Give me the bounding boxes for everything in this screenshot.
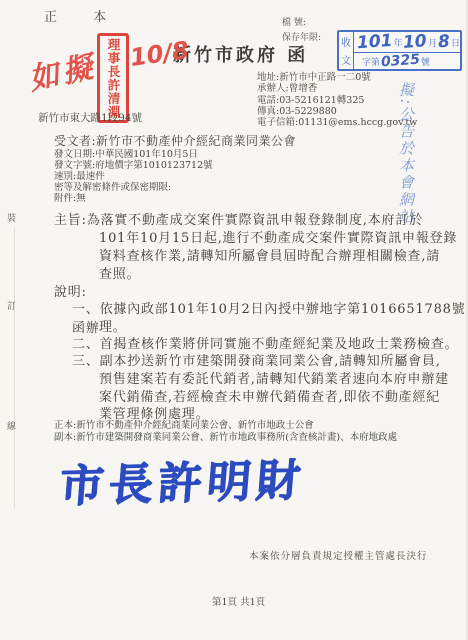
chairman-seal-text: 理事長許清淵 — [104, 38, 122, 119]
received-stamp-left-column: 收 文 — [339, 32, 354, 69]
received-month-handwritten: 10 — [403, 31, 428, 53]
received-date-row: 101 年 10 月 8 日 — [354, 32, 460, 53]
document-char: 文 — [339, 51, 353, 70]
recipient-line: 受文者:新竹市不動產仲介經紀商業同業公會 — [54, 132, 296, 149]
page-number: 第1頁 共1頁 — [212, 594, 265, 608]
contact-phone: 電話:03-5216121轉325 — [257, 95, 417, 106]
binding-mark: 裝 — [7, 211, 16, 224]
contact-email: 電子信箱:01131@ems.hccg.gov.tw — [257, 117, 417, 128]
sender-address: 新竹市東大路1段94號 — [38, 110, 142, 125]
explanation-item-3: 預售建案若有委託代銷者,請轉知代銷業者速向本府申辦建 — [99, 368, 449, 387]
contact-block: 地址:新竹市中正路一二0號 承辦人:曾增香 電話:03-5216121轉325 … — [257, 72, 417, 128]
subject-line: 101年10月15日起,進行不動產成交案件實際資訊申報登錄 — [99, 227, 457, 246]
month-label: 月 — [428, 36, 437, 49]
received-stamp-right-column: 101 年 10 月 8 日 字第 0325 號 — [354, 32, 460, 69]
received-number-row: 字第 0325 號 — [354, 53, 460, 69]
received-year-handwritten: 101 — [356, 31, 393, 53]
subject-line: 主旨:為落實不動產成交案件實際資訊申報登錄制度,本府訂於 — [54, 209, 423, 228]
explanation-item-1: 一、依據內政部101年10月2日內授中辦地字第1016651788號函辦 — [72, 298, 468, 336]
received-day-handwritten: 8 — [437, 32, 450, 53]
contact-fax: 傳真:03-5229880 — [257, 106, 417, 117]
explanation-item-3: 三、副本抄送新竹市建築開發商業同業公會,請轉知所屬會員, — [72, 350, 441, 369]
contact-person: 承辦人:曾增香 — [257, 83, 417, 94]
issue-number-line: 發文字號:府地價字第1010123712號 — [54, 160, 213, 172]
binding-mark: 訂 — [7, 299, 16, 312]
subject-line: 查照。 — [99, 263, 140, 282]
subject-line: 資料查核作業,請轉知所屬會員屆時配合辦理相關檢查,請 — [99, 245, 440, 264]
number-suffix: 號 — [421, 55, 430, 68]
document-title: 新竹市政府 函 — [173, 41, 308, 67]
received-number-handwritten: 0325 — [380, 52, 420, 71]
mayor-signature-stamp: 市長許明財 — [57, 444, 308, 514]
issue-date-line: 發文日期:中華民國101年10月5日 — [54, 149, 198, 161]
received-char: 收 — [339, 32, 353, 51]
number-prefix: 字第 — [362, 55, 380, 68]
approval-annotation-handwritten: 如擬 — [24, 41, 100, 98]
priority-line: 速別:最速件 — [54, 171, 105, 183]
attachment-line: 附件:無 — [54, 193, 86, 205]
distribution-original-line: 正本:新竹市不動產仲介經紀商業同業公會、新竹市地政士公會 — [54, 420, 314, 432]
fold-line — [14, 228, 15, 508]
security-line: 密等及解密條件或保密期限: — [54, 182, 171, 194]
copy-type-label: 正 本 — [44, 6, 122, 25]
file-number-label: 檔 號: — [282, 15, 306, 28]
distribution-copy-line: 副本:新竹市建築開發商業同業公會、新竹市地政事務所(含查核計畫)、本府地政處 — [54, 432, 397, 444]
binding-mark: 線 — [7, 419, 16, 432]
day-label: 日 — [451, 36, 460, 49]
delegation-note: 本案依分層負責規定授權主管處長決行 — [249, 548, 428, 562]
received-stamp: 收 文 101 年 10 月 8 日 字第 0325 號 — [337, 30, 462, 71]
contact-address: 地址:新竹市中正路一二0號 — [257, 72, 417, 83]
year-label: 年 — [393, 36, 402, 49]
